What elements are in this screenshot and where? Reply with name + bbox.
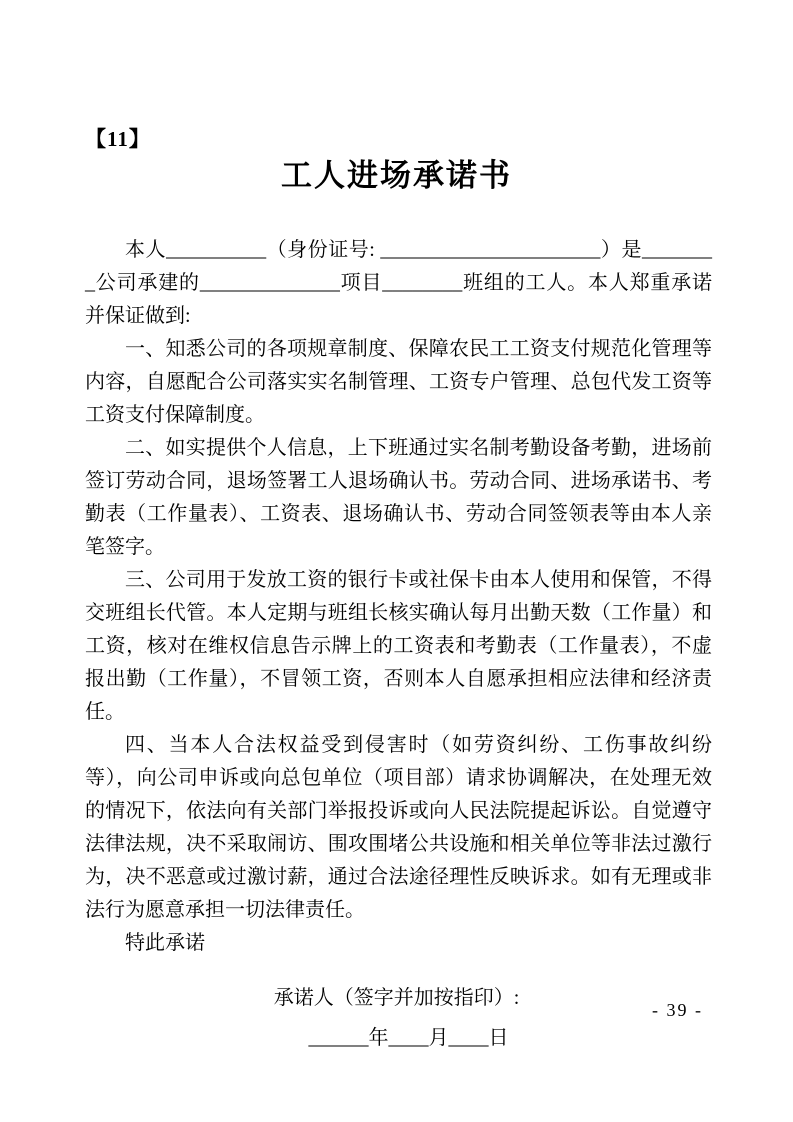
intro-paragraph: 本人__________（身份证号: _____________________… — [85, 234, 712, 333]
page-number: - 39 - — [652, 1000, 703, 1021]
clause-2: 二、如实提供个人信息，上下班通过实名制考勤设备考勤，进场前签订劳动合同，退场签署… — [85, 432, 712, 564]
document-title: 工人进场承诺书 — [0, 150, 793, 195]
date-fill-line: ______年____月____日 — [75, 1022, 702, 1055]
document-page: 【11】 工人进场承诺书 本人__________（身份证号: ________… — [0, 0, 793, 1122]
clause-4: 四、当本人合法权益受到侵害时（如劳资纠纷、工伤事故纠纷等），向公司申诉或向总包单… — [85, 729, 712, 927]
clause-3: 三、公司用于发放工资的银行卡或社保卡由本人使用和保管，不得交班组长代管。本人定期… — [85, 564, 712, 729]
signatory-label: 承诺人（签字并加按指印）: — [63, 982, 690, 1015]
document-number-tag: 【11】 — [85, 123, 151, 153]
signature-block: 承诺人（签字并加按指印）: ______年____月____日 — [85, 982, 712, 1055]
closing-statement: 特此承诺 — [85, 927, 712, 960]
document-body: 本人__________（身份证号: _____________________… — [85, 234, 712, 1055]
clause-1: 一、知悉公司的各项规章制度、保障农民工工资支付规范化管理等内容，自愿配合公司落实… — [85, 333, 712, 432]
